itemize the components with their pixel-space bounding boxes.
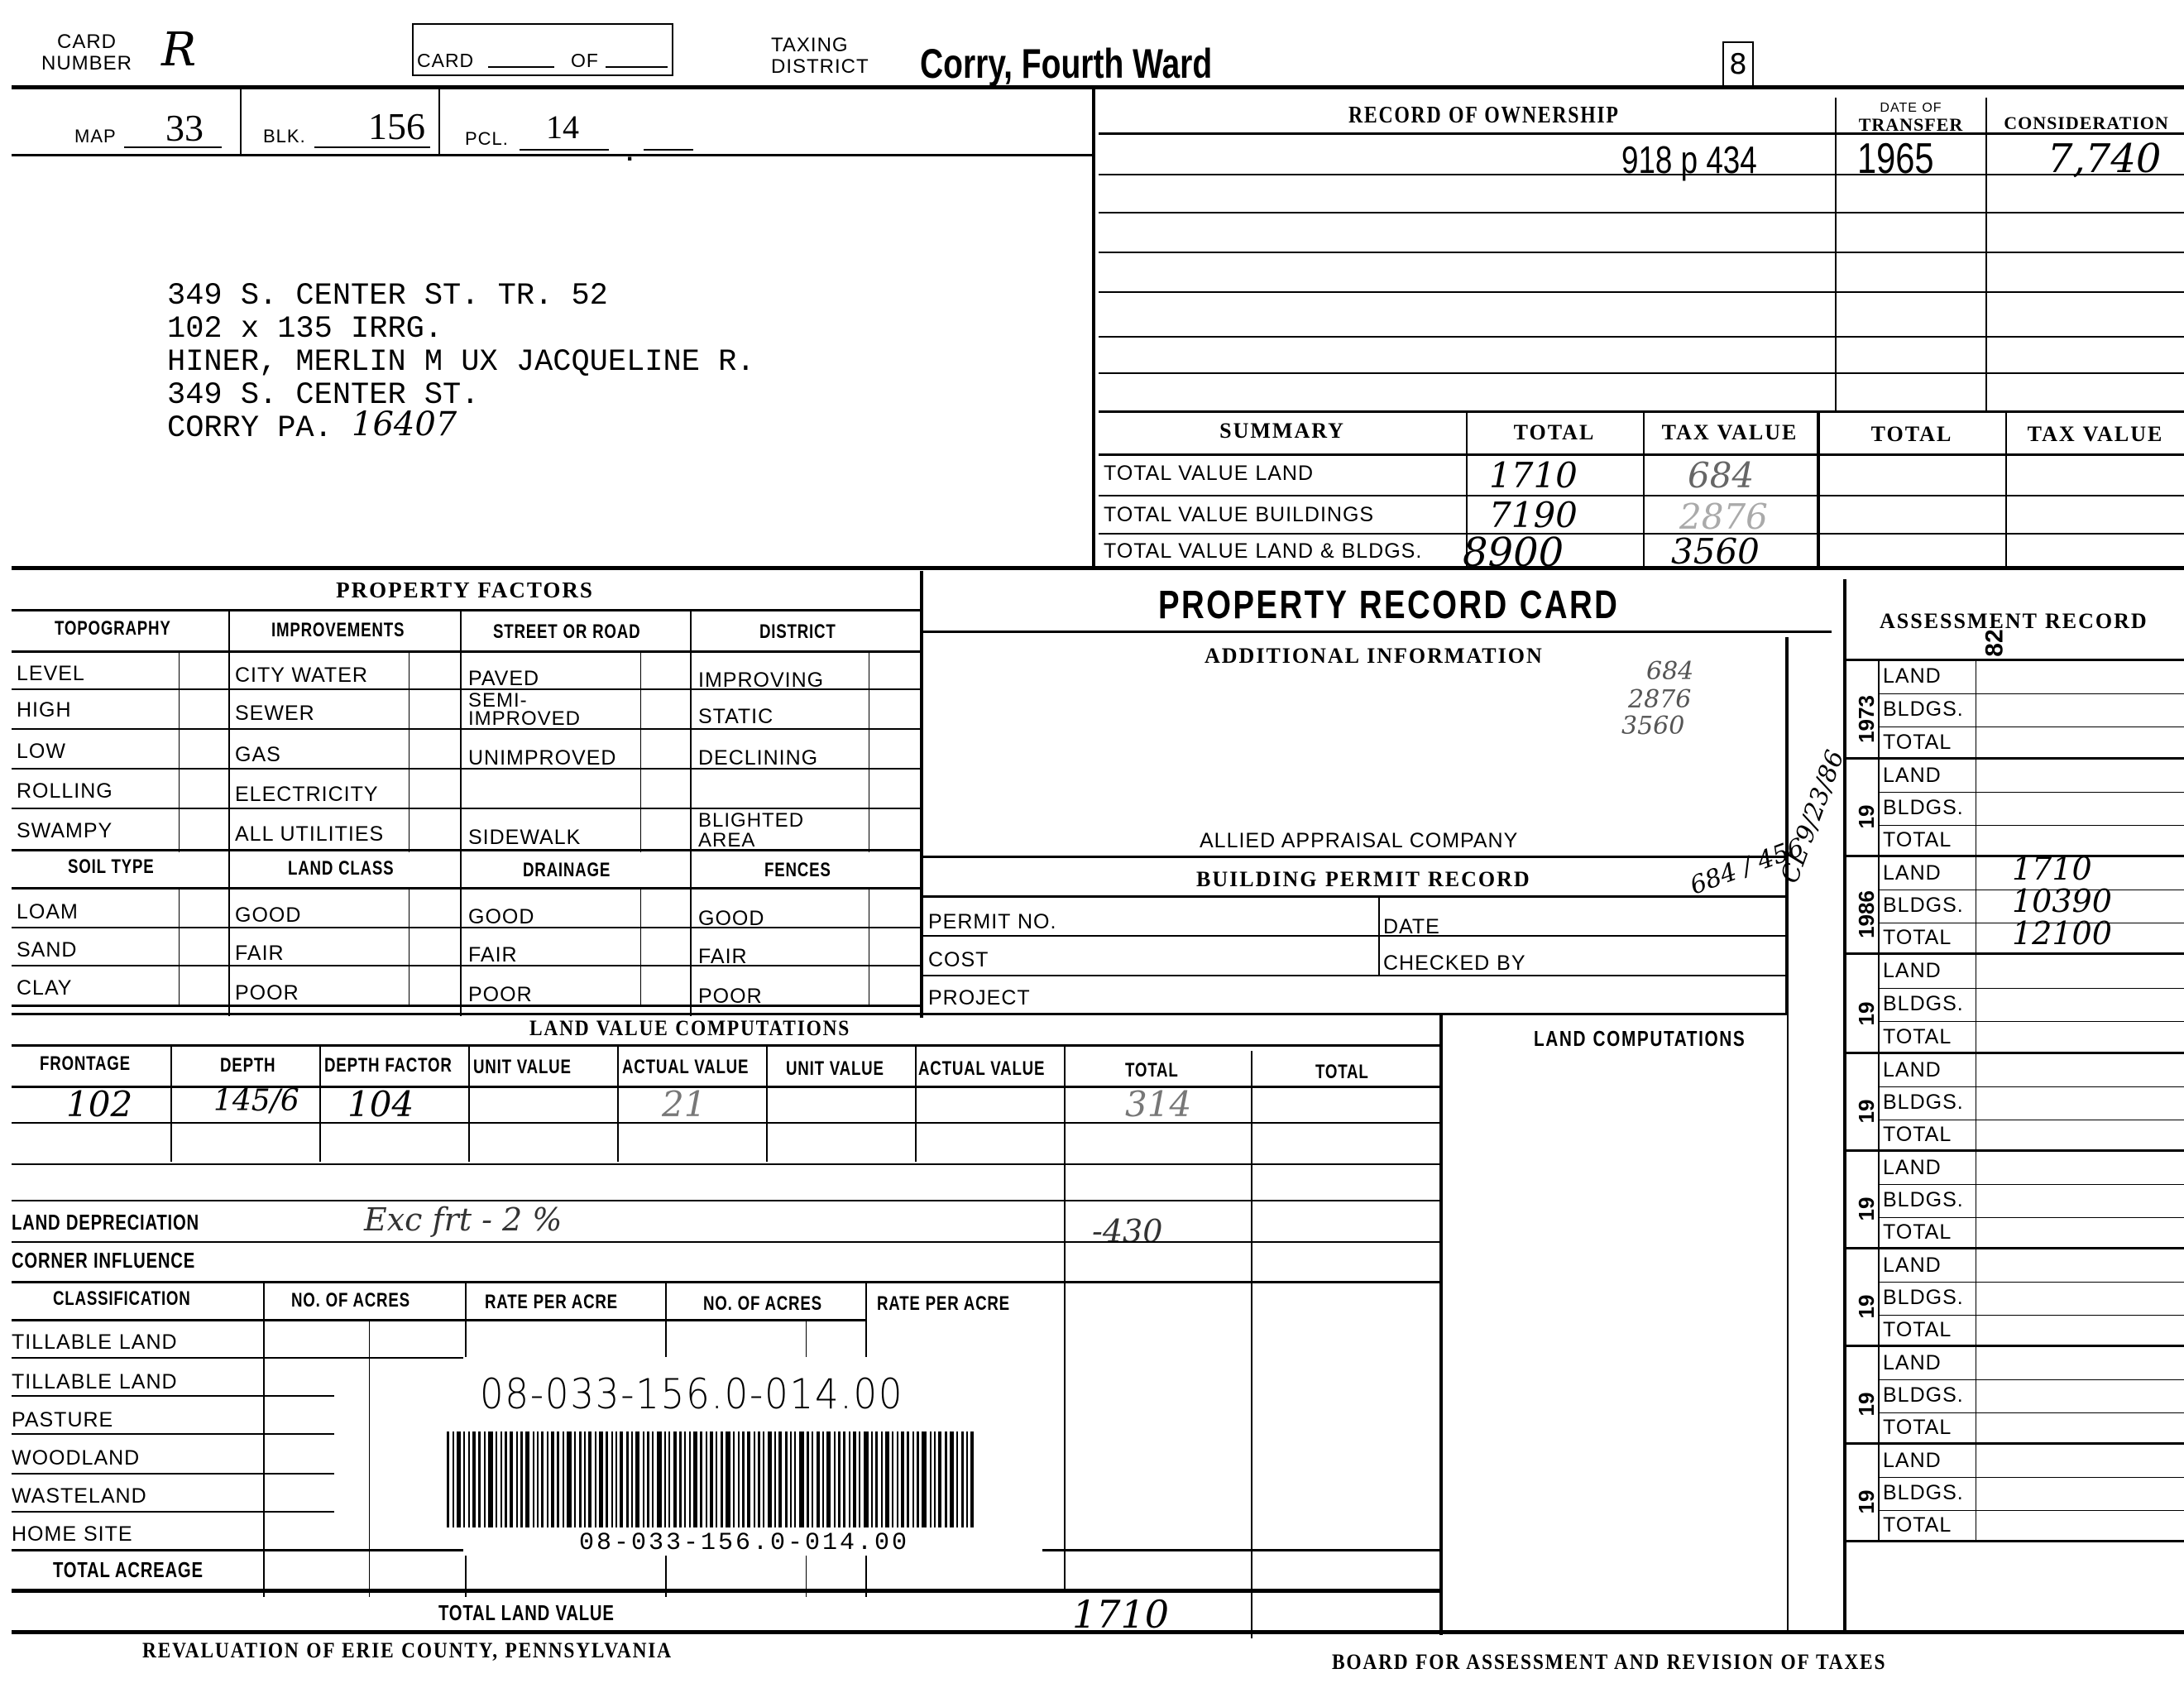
- row-line: [1880, 825, 2184, 826]
- assessment-row-label-total: TOTAL: [1883, 1025, 1952, 1049]
- col-rate-per-acre: RATE PER ACRE: [485, 1291, 618, 1314]
- pcl-value[interactable]: 14: [546, 108, 579, 146]
- divider: [1878, 1445, 1880, 1542]
- land-class-header: LAND CLASS: [288, 857, 394, 880]
- fences-header: FENCES: [764, 859, 831, 882]
- improvements-header: IMPROVEMENTS: [271, 619, 405, 642]
- land-depreciation-label: LAND DEPRECIATION: [12, 1210, 199, 1235]
- land-computations-title: LAND COMPUTATIONS: [1534, 1026, 1746, 1052]
- row-line: [1099, 174, 2184, 175]
- assessment-row-label-total: TOTAL: [1883, 828, 1952, 852]
- assessment-block: 19LANDBLDGS.TOTAL: [1846, 1152, 2184, 1249]
- frontage-value[interactable]: 102: [66, 1084, 132, 1125]
- row-line: [12, 965, 920, 966]
- barcode-label: 08-033-156.0-014.00 08-033-156.0-014.00: [463, 1357, 1042, 1556]
- impr-all-utilities[interactable]: ALL UTILITIES: [235, 822, 384, 846]
- divider: [1878, 857, 1880, 955]
- divider: [1878, 1347, 1880, 1445]
- col-classification: CLASSIFICATION: [53, 1288, 191, 1311]
- barcode-handwritten-id: 08-033-156.0-014.00: [480, 1370, 903, 1418]
- assessment-row-label-total: TOTAL: [1883, 1513, 1952, 1537]
- col-unit-value-2: UNIT VALUE: [786, 1057, 884, 1081]
- of-label: OF: [571, 50, 599, 72]
- divider: [922, 856, 1787, 858]
- row-line: [1880, 1120, 2184, 1120]
- assessment-row-label-bldgs: BLDGS.: [1883, 698, 1964, 722]
- assessment-row-label-land: LAND: [1883, 1351, 1942, 1375]
- divider: [409, 650, 409, 852]
- divider: [12, 1044, 1439, 1047]
- divider: [1099, 453, 2184, 456]
- assessment-row-label-land: LAND: [1883, 664, 1942, 688]
- blk-underline: [314, 146, 430, 148]
- row-line: [1880, 1379, 2184, 1380]
- footer-left: REVALUATION OF ERIE COUNTY, PENNSYLVANIA: [142, 1638, 673, 1663]
- assessment-row-label-bldgs: BLDGS.: [1883, 1188, 1964, 1212]
- street-semi-improved[interactable]: SEMI- IMPROVED: [468, 692, 634, 728]
- assessment-year: 1973: [1854, 694, 1875, 744]
- section-divider: [12, 566, 2184, 570]
- taxing-district-value: Corry, Fourth Ward: [920, 40, 1212, 88]
- depth-factor-value[interactable]: 104: [347, 1084, 414, 1125]
- topo-rolling[interactable]: ROLLING: [17, 779, 113, 803]
- acreage-tillable-1: TILLABLE LAND: [12, 1331, 178, 1355]
- assessment-row-label-bldgs: BLDGS.: [1883, 1383, 1964, 1407]
- pcl-suffix-underline: [644, 149, 693, 151]
- divider: [12, 887, 920, 890]
- divider: [1976, 1152, 1976, 1249]
- row-line: [12, 768, 920, 770]
- divider: [179, 650, 180, 852]
- divider: [228, 611, 230, 1016]
- divider: [12, 1013, 1787, 1015]
- row-line: [1880, 1086, 2184, 1087]
- soil-sand[interactable]: SAND: [17, 938, 77, 962]
- divider: [12, 1281, 1439, 1283]
- row-line: [12, 1122, 1439, 1124]
- district-header: DISTRICT: [759, 621, 836, 644]
- row-line: [1880, 1184, 2184, 1185]
- drainage-good[interactable]: GOOD: [468, 905, 534, 929]
- divider: [179, 889, 180, 1005]
- summary-tax-header: TAX VALUE: [1645, 420, 1815, 445]
- acreage-wasteland: WASTELAND: [12, 1484, 147, 1508]
- assessment-block: 1973LANDBLDGS.TOTAL: [1846, 660, 2184, 760]
- col-unit-value: UNIT VALUE: [473, 1056, 572, 1079]
- divider: [319, 1046, 321, 1162]
- row-line: [1099, 212, 2184, 213]
- assessment-total-value[interactable]: 12100: [2012, 915, 2112, 952]
- summary-combined-label: TOTAL VALUE LAND & BLDGS.: [1104, 539, 1422, 563]
- pcl-label: PCL.: [465, 128, 509, 150]
- assessment-year: 19: [1854, 792, 1875, 842]
- row-line: [1099, 291, 2184, 293]
- additional-note-3: 3560: [1621, 712, 1684, 741]
- row-line: [1880, 1477, 2184, 1478]
- divider: [1878, 1152, 1880, 1249]
- ownership-date[interactable]: 1965: [1857, 134, 1934, 184]
- divider: [1439, 1014, 1443, 1635]
- row-line: [1099, 252, 2184, 253]
- assessment-row-label-bldgs: BLDGS.: [1883, 796, 1964, 820]
- divider: [1378, 897, 1380, 976]
- depth-value[interactable]: 145/6: [213, 1084, 299, 1118]
- additional-info-title: ADDITIONAL INFORMATION: [1205, 644, 1544, 669]
- divider: [1985, 98, 1987, 412]
- header-divider: [12, 85, 2184, 89]
- topo-high[interactable]: HIGH: [17, 698, 72, 722]
- assessment-land-value[interactable]: 1710: [2012, 851, 2092, 887]
- map-value[interactable]: 33: [165, 106, 204, 150]
- divider: [460, 611, 462, 1016]
- assessment-row-label-land: LAND: [1883, 1254, 1942, 1278]
- divider: [409, 889, 409, 1005]
- land-depreciation-value[interactable]: -430: [1092, 1213, 1162, 1249]
- divider: [1976, 1445, 1976, 1542]
- divider: [640, 650, 641, 852]
- land-value-title: LAND VALUE COMPUTATIONS: [529, 1016, 850, 1041]
- district-static[interactable]: STATIC: [698, 705, 773, 729]
- acreage-pasture: PASTURE: [12, 1408, 113, 1432]
- permit-checked-by-label: CHECKED BY: [1383, 952, 1526, 976]
- row-line: [12, 1163, 1439, 1165]
- assessment-row-label-total: TOTAL: [1883, 926, 1952, 950]
- row-line: [12, 1241, 1439, 1243]
- row-line: [12, 1395, 334, 1397]
- map-label: MAP: [74, 126, 117, 147]
- divider: [640, 889, 641, 1005]
- card-index-line[interactable]: [488, 66, 554, 68]
- drainage-fair[interactable]: FAIR: [468, 943, 518, 967]
- assessment-year: 19: [1854, 1477, 1875, 1527]
- assessment-block: 19LANDBLDGS.TOTAL: [1846, 955, 2184, 1054]
- row-line: [1880, 1217, 2184, 1218]
- divider: [1787, 637, 1789, 1630]
- row-line: [1880, 1282, 2184, 1283]
- assessment-year: 19: [1854, 1282, 1875, 1331]
- assessment-block: 19LANDBLDGS.TOTAL: [1846, 760, 2184, 857]
- divider: [1976, 760, 1976, 857]
- assessment-row-label-total: TOTAL: [1883, 1220, 1952, 1244]
- row-line: [1880, 1315, 2184, 1316]
- actual-value[interactable]: 21: [662, 1084, 706, 1125]
- col-depth: DEPTH: [220, 1054, 275, 1077]
- blk-label: BLK.: [263, 126, 306, 147]
- assessment-row-label-total: TOTAL: [1883, 1416, 1952, 1440]
- assessment-title: ASSESSMENT RECORD: [1880, 609, 2148, 634]
- mailing-city: CORRY PA.: [167, 412, 333, 445]
- street-paved[interactable]: PAVED: [468, 667, 539, 691]
- footer-right: BOARD FOR ASSESSMENT AND REVISION OF TAX…: [1332, 1650, 1886, 1675]
- permit-no-label: PERMIT NO.: [928, 910, 1056, 934]
- row-line: [12, 728, 920, 730]
- row-line: [1099, 336, 2184, 338]
- divider: [170, 1046, 172, 1162]
- assessment-block: 19LANDBLDGS.TOTAL: [1846, 1445, 2184, 1542]
- col-no-acres-2: NO. OF ACRES: [703, 1292, 822, 1316]
- assessment-bldgs-value[interactable]: 10390: [2012, 883, 2112, 919]
- district-declining[interactable]: DECLINING: [698, 746, 818, 770]
- card-number-value[interactable]: R: [161, 23, 196, 77]
- land-class-poor[interactable]: POOR: [235, 981, 299, 1005]
- land-depreciation-note[interactable]: Exc frt - 2 %: [364, 1201, 562, 1238]
- divider: [915, 1046, 917, 1162]
- card-label: CARD: [417, 50, 474, 72]
- acreage-tillable-2: TILLABLE LAND: [12, 1370, 178, 1394]
- topo-level[interactable]: LEVEL: [17, 662, 85, 686]
- map-underline: [124, 146, 222, 148]
- assessment-row-label-land: LAND: [1883, 861, 1942, 885]
- divider: [12, 1589, 1439, 1593]
- soil-type-header: SOIL TYPE: [68, 856, 154, 879]
- col-depth-factor: DEPTH FACTOR: [324, 1054, 453, 1077]
- assessment-row-label-bldgs: BLDGS.: [1883, 1091, 1964, 1115]
- divider: [1976, 857, 1976, 955]
- card-number-label: CARD NUMBER: [33, 31, 141, 74]
- card-total-line[interactable]: [606, 66, 668, 68]
- row-line: [12, 1511, 334, 1513]
- divider: [920, 571, 923, 1018]
- divider: [869, 650, 869, 852]
- assessment-row-label-bldgs: BLDGS.: [1883, 1286, 1964, 1310]
- divider: [12, 609, 920, 611]
- divider: [1092, 89, 1095, 569]
- divider: [1976, 1347, 1976, 1445]
- divider: [922, 631, 1832, 633]
- owner-name: HINER, MERLIN M UX JACQUELINE R.: [167, 346, 755, 379]
- assessment-year: 19: [1854, 989, 1875, 1038]
- impr-gas[interactable]: GAS: [235, 743, 281, 767]
- divider: [922, 895, 1787, 898]
- assessment-row-label-total: TOTAL: [1883, 1123, 1952, 1147]
- assessment-row-label-land: LAND: [1883, 1058, 1942, 1082]
- divider: [1878, 660, 1880, 760]
- divider: [1976, 1054, 1976, 1152]
- divider: [369, 1321, 370, 1597]
- topo-swampy[interactable]: SWAMPY: [17, 819, 113, 843]
- summary-bldgs-label: TOTAL VALUE BUILDINGS: [1104, 503, 1374, 527]
- summary-land-total[interactable]: 1710: [1489, 455, 1578, 496]
- impr-city-water[interactable]: CITY WATER: [235, 664, 368, 688]
- assessment-year: 19: [1854, 1379, 1875, 1429]
- divider: [1878, 1249, 1880, 1347]
- card-of-box: CARD OF: [412, 23, 673, 76]
- col-no-acres: NO. OF ACRES: [291, 1289, 410, 1312]
- row-line: [1880, 1021, 2184, 1022]
- row-line: [1099, 372, 2184, 374]
- assessment-block: 19LANDBLDGS.TOTAL: [1846, 1347, 2184, 1445]
- row-line: [922, 975, 1787, 976]
- property-factors-title: PROPERTY FACTORS: [12, 578, 918, 603]
- topo-low[interactable]: LOW: [17, 740, 66, 764]
- barcode-printed-id: 08-033-156.0-014.00: [579, 1529, 909, 1557]
- row-line: [12, 1433, 334, 1435]
- corner-influence-label: CORNER INFLUENCE: [12, 1248, 195, 1273]
- assessment-row-label-land: LAND: [1883, 1449, 1942, 1473]
- row-line: [12, 808, 920, 809]
- card-title: PROPERTY RECORD CARD: [1158, 583, 1619, 628]
- assessment-row-label-bldgs: BLDGS.: [1883, 992, 1964, 1016]
- district-blighted-area[interactable]: BLIGHTED AREA: [698, 811, 864, 851]
- col-rate-per-acre-2: RATE PER ACRE: [877, 1292, 1010, 1316]
- summary-title: SUMMARY: [1100, 419, 1464, 444]
- district-box: 8: [1722, 41, 1754, 88]
- summary-total-header-2: TOTAL: [1820, 422, 2004, 447]
- drainage-poor[interactable]: POOR: [468, 983, 533, 1007]
- divider: [690, 611, 692, 1016]
- divider: [617, 1046, 619, 1162]
- summary-land-tax[interactable]: 684: [1688, 455, 1754, 496]
- row-line: [1880, 988, 2184, 989]
- row-line: [12, 688, 920, 690]
- summary-tax-header-2: TAX VALUE: [2007, 422, 2184, 447]
- ownership-title: RECORD OF OWNERSHIP: [1348, 103, 1620, 129]
- assessment-row-label-total: TOTAL: [1883, 731, 1952, 755]
- additional-note-1: 684: [1646, 659, 1693, 685]
- col-frontage: FRONTAGE: [40, 1053, 131, 1076]
- total-land-value-label: TOTAL LAND VALUE: [438, 1600, 615, 1626]
- divider: [1976, 955, 1976, 1054]
- assessment-year: 19: [1854, 1086, 1875, 1136]
- summary-land-label: TOTAL VALUE LAND: [1104, 462, 1314, 486]
- assessment-row-label-bldgs: BLDGS.: [1883, 894, 1964, 918]
- assessment-row-label-land: LAND: [1883, 959, 1942, 983]
- consideration-header: CONSIDERATION: [1989, 113, 2184, 134]
- divider: [438, 88, 440, 156]
- col-total-2: TOTAL: [1315, 1061, 1369, 1084]
- divider: [1878, 760, 1880, 857]
- divider: [1976, 660, 1976, 760]
- row-line: [12, 927, 920, 928]
- row-line: [1099, 495, 2184, 496]
- street-unimproved[interactable]: UNIMPROVED: [468, 746, 616, 770]
- row-line: [12, 1200, 1439, 1201]
- row-line: [922, 935, 1787, 937]
- assessment-row-label-land: LAND: [1883, 764, 1942, 788]
- divider: [12, 849, 920, 851]
- assessment-year: 1986: [1854, 890, 1875, 939]
- permit-title: BUILDING PERMIT RECORD: [1196, 867, 1531, 892]
- district-box-number: 8: [1729, 48, 1747, 81]
- acreage-woodland: WOODLAND: [12, 1446, 140, 1470]
- impr-sewer[interactable]: SEWER: [235, 702, 315, 726]
- drainage-header: DRAINAGE: [523, 859, 611, 882]
- assessment-block: 19LANDBLDGS.TOTAL: [1846, 1054, 2184, 1152]
- divider: [869, 889, 869, 1005]
- address-line-2: 102 x 135 IRRG.: [167, 313, 443, 346]
- total-value[interactable]: 314: [1125, 1084, 1191, 1125]
- taxing-district-label: TAXING DISTRICT: [771, 35, 879, 78]
- additional-note-2: 2876: [1628, 685, 1691, 714]
- total-acreage-label: TOTAL ACREAGE: [53, 1557, 204, 1583]
- row-line: [1880, 792, 2184, 793]
- permit-cost-label: COST: [928, 948, 989, 972]
- assessment-stamp-top: 82: [1981, 629, 2009, 656]
- row-line: [1880, 1510, 2184, 1511]
- topography-header: TOPOGRAPHY: [55, 617, 171, 640]
- street-header: STREET OR ROAD: [493, 621, 640, 644]
- row-line: [1880, 693, 2184, 694]
- appraiser-name: ALLIED APPRAISAL COMPANY: [1200, 829, 1518, 853]
- row-line: [1099, 533, 2184, 535]
- divider: [12, 1630, 2184, 1634]
- col-total: TOTAL: [1125, 1059, 1179, 1082]
- acreage-home-site: HOME SITE: [12, 1523, 133, 1547]
- soil-clay[interactable]: CLAY: [17, 976, 72, 1000]
- assessment-block: 1986LAND1710BLDGS.10390TOTAL12100: [1846, 857, 2184, 955]
- row-line: [12, 1473, 334, 1475]
- divider: [1878, 1054, 1880, 1152]
- divider: [12, 650, 920, 653]
- divider: [240, 88, 242, 156]
- permit-project-label: PROJECT: [928, 986, 1031, 1010]
- divider: [1976, 1249, 1976, 1347]
- divider: [1099, 132, 2184, 135]
- divider: [12, 1005, 920, 1007]
- row-line: [1880, 727, 2184, 727]
- col-actual-value: ACTUAL VALUE: [622, 1056, 749, 1079]
- divider: [468, 1046, 470, 1162]
- divider: [1099, 410, 2184, 413]
- soil-loam[interactable]: LOAM: [17, 900, 79, 924]
- assessment-row-label-land: LAND: [1883, 1156, 1942, 1180]
- divider: [12, 154, 1092, 156]
- barcode-icon: [447, 1431, 1104, 1527]
- divider: [766, 1046, 768, 1162]
- pcl-underline: [520, 149, 609, 151]
- blk-value[interactable]: 156: [368, 104, 425, 148]
- impr-electricity[interactable]: ELECTRICITY: [235, 783, 379, 807]
- divider: [12, 1319, 867, 1321]
- row-line: [1880, 1412, 2184, 1413]
- land-class-good[interactable]: GOOD: [235, 904, 301, 928]
- assessment-block: 19LANDBLDGS.TOTAL: [1846, 1249, 2184, 1347]
- address-line-1: 349 S. CENTER ST. TR. 52: [167, 280, 608, 313]
- mailing-zip: 16407: [352, 405, 457, 444]
- assessment-row-label-bldgs: BLDGS.: [1883, 1481, 1964, 1505]
- divider: [1835, 98, 1837, 412]
- col-actual-value-2: ACTUAL VALUE: [918, 1057, 1045, 1081]
- assessment-row-label-total: TOTAL: [1883, 1318, 1952, 1342]
- assessment-year: 19: [1854, 1184, 1875, 1234]
- land-class-fair[interactable]: FAIR: [235, 942, 285, 966]
- divider: [1878, 955, 1880, 1054]
- pcl-suffix: .: [626, 139, 633, 167]
- summary-total-header: TOTAL: [1468, 420, 1641, 445]
- street-sidewalk[interactable]: SIDEWALK: [468, 826, 581, 850]
